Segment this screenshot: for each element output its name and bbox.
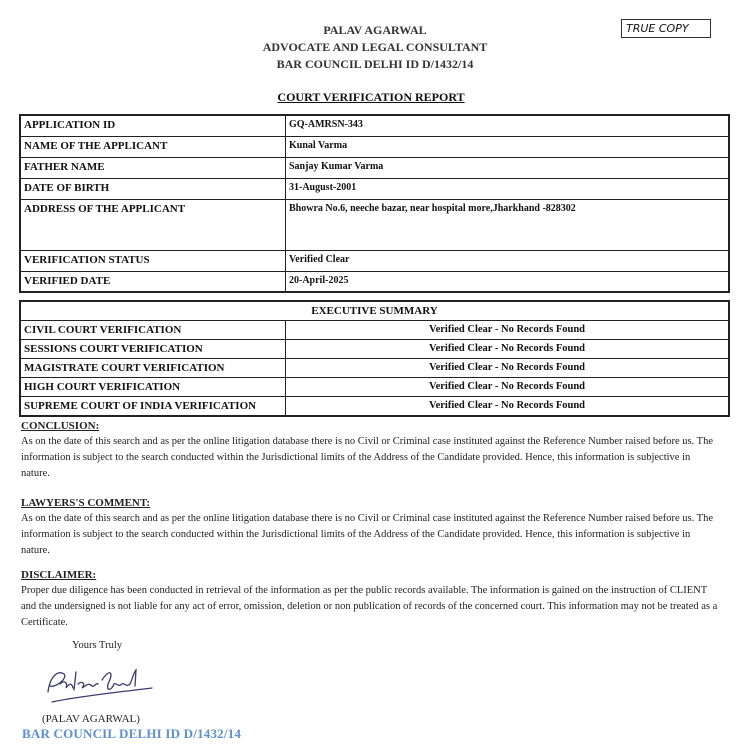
conclusion-text: As on the date of this search and as per… bbox=[21, 434, 721, 482]
table-row: FATHER NAME Sanjay Kumar Varma bbox=[20, 157, 729, 178]
field-value: Bhowra No.6, neeche bazar, near hospital… bbox=[286, 199, 730, 250]
conclusion-section: CONCLUSION: As on the date of this searc… bbox=[21, 418, 721, 482]
court-label: HIGH COURT VERIFICATION bbox=[20, 378, 286, 397]
report-title: COURT VERIFICATION REPORT bbox=[0, 90, 742, 105]
table-row: MAGISTRATE COURT VERIFICATION Verified C… bbox=[20, 359, 729, 378]
table-row: HIGH COURT VERIFICATION Verified Clear -… bbox=[20, 378, 729, 397]
signatory-name: (PALAV AGARWAL) bbox=[42, 713, 140, 725]
field-value: Kunal Varma bbox=[286, 136, 730, 157]
court-status: Verified Clear - No Records Found bbox=[286, 340, 730, 359]
field-value: GQ-AMRSN-343 bbox=[286, 115, 730, 136]
court-label: CIVIL COURT VERIFICATION bbox=[20, 321, 286, 340]
court-status: Verified Clear - No Records Found bbox=[286, 359, 730, 378]
table-header-row: EXECUTIVE SUMMARY bbox=[20, 301, 729, 321]
table-row: APPLICATION ID GQ-AMRSN-343 bbox=[20, 115, 729, 136]
applicant-details-table: APPLICATION ID GQ-AMRSN-343 NAME OF THE … bbox=[19, 114, 730, 293]
table-row: ADDRESS OF THE APPLICANT Bhowra No.6, ne… bbox=[20, 199, 729, 250]
disclaimer-heading: DISCLAIMER: bbox=[21, 567, 721, 583]
field-value: 20-April-2025 bbox=[286, 271, 730, 292]
field-label: FATHER NAME bbox=[20, 157, 286, 178]
field-value: 31-August-2001 bbox=[286, 178, 730, 199]
conclusion-heading: CONCLUSION: bbox=[21, 418, 721, 434]
bar-council-id: BAR COUNCIL DELHI ID D/1432/14 bbox=[0, 56, 742, 73]
court-status: Verified Clear - No Records Found bbox=[286, 321, 730, 340]
true-copy-stamp: TRUE COPY bbox=[621, 19, 711, 38]
table-row: CIVIL COURT VERIFICATION Verified Clear … bbox=[20, 321, 729, 340]
field-label: ADDRESS OF THE APPLICANT bbox=[20, 199, 286, 250]
field-value: Verified Clear bbox=[286, 250, 730, 271]
field-label: DATE OF BIRTH bbox=[20, 178, 286, 199]
table-row: SESSIONS COURT VERIFICATION Verified Cle… bbox=[20, 340, 729, 359]
field-label: VERIFIED DATE bbox=[20, 271, 286, 292]
court-label: MAGISTRATE COURT VERIFICATION bbox=[20, 359, 286, 378]
summary-heading: EXECUTIVE SUMMARY bbox=[20, 301, 729, 321]
court-status: Verified Clear - No Records Found bbox=[286, 378, 730, 397]
table-row: NAME OF THE APPLICANT Kunal Varma bbox=[20, 136, 729, 157]
lawyers-comment-heading: LAWYERS'S COMMENT: bbox=[21, 495, 721, 511]
field-label: NAME OF THE APPLICANT bbox=[20, 136, 286, 157]
disclaimer-section: DISCLAIMER: Proper due diligence has bee… bbox=[21, 567, 721, 631]
table-row: VERIFICATION STATUS Verified Clear bbox=[20, 250, 729, 271]
table-row: DATE OF BIRTH 31-August-2001 bbox=[20, 178, 729, 199]
field-label: VERIFICATION STATUS bbox=[20, 250, 286, 271]
lawyers-comment-text: As on the date of this search and as per… bbox=[21, 511, 721, 559]
signatory-bar-id: BAR COUNCIL DELHI ID D/1432/14 bbox=[22, 726, 241, 742]
disclaimer-text: Proper due diligence has been conducted … bbox=[21, 583, 721, 631]
court-label: SUPREME COURT OF INDIA VERIFICATION bbox=[20, 397, 286, 417]
court-label: SESSIONS COURT VERIFICATION bbox=[20, 340, 286, 359]
court-status: Verified Clear - No Records Found bbox=[286, 397, 730, 417]
lawyers-comment-section: LAWYERS'S COMMENT: As on the date of thi… bbox=[21, 495, 721, 559]
table-row: SUPREME COURT OF INDIA VERIFICATION Veri… bbox=[20, 397, 729, 417]
advocate-title: ADVOCATE AND LEGAL CONSULTANT bbox=[0, 39, 742, 56]
table-row: VERIFIED DATE 20-April-2025 bbox=[20, 271, 729, 292]
handwritten-signature-icon bbox=[40, 662, 160, 717]
field-label: APPLICATION ID bbox=[20, 115, 286, 136]
field-value: Sanjay Kumar Varma bbox=[286, 157, 730, 178]
executive-summary-table: EXECUTIVE SUMMARY CIVIL COURT VERIFICATI… bbox=[19, 300, 730, 417]
closing-text: Yours Truly bbox=[72, 640, 122, 651]
